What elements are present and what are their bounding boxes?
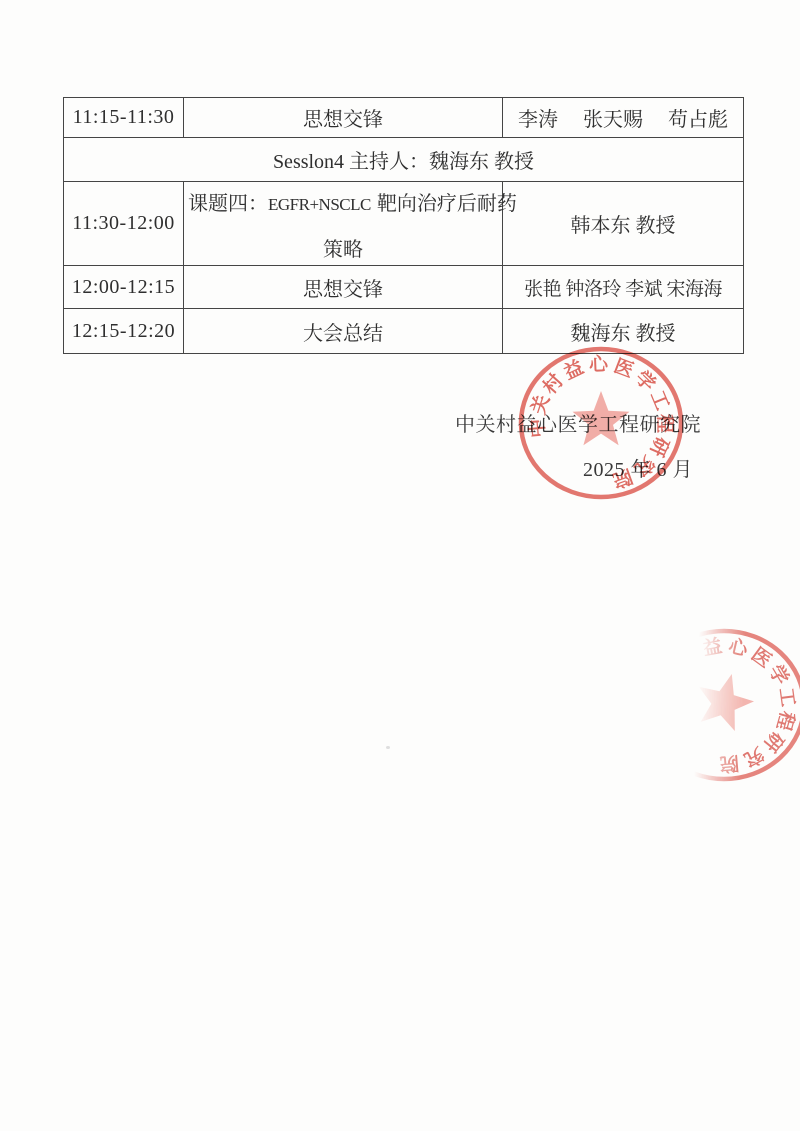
svg-text:心: 心 — [589, 353, 610, 376]
speaker-cell: 张艳 钟洛玲 李斌 宋海海 — [503, 266, 744, 309]
svg-text:医: 医 — [611, 355, 637, 382]
svg-text:关: 关 — [656, 658, 686, 687]
topic-suffix: 靶向治疗后耐药 — [377, 193, 517, 215]
session-header-cell: Sesslon4 主持人：魏海东 教授 — [64, 138, 744, 182]
time-cell: 12:15-12:20 — [64, 309, 184, 354]
issue-date: 2025 年 6 月 — [583, 453, 693, 482]
speaker-cell: 韩本东 教授 — [503, 182, 744, 266]
speaker-cell: 李涛 张天赐 苟占彪 — [503, 98, 744, 138]
topic-cell: 大会总结 — [184, 309, 503, 354]
topic-cell: 课题四：EGFR+NSCLC靶向治疗后耐药 策略 — [184, 182, 503, 266]
topic-line-1: 课题四：EGFR+NSCLC靶向治疗后耐药 — [188, 187, 498, 216]
table-row: 12:00-12:15 思想交锋 张艳 钟洛玲 李斌 宋海海 — [64, 266, 744, 309]
table-row: Sesslon4 主持人：魏海东 教授 — [64, 138, 744, 182]
table-row: 11:15-11:30 思想交锋 李涛 张天赐 苟占彪 — [64, 98, 744, 138]
document-page: 11:15-11:30 思想交锋 李涛 张天赐 苟占彪 Sesslon4 主持人… — [0, 0, 800, 1131]
svg-text:院: 院 — [719, 752, 740, 777]
svg-text:学: 学 — [764, 661, 793, 689]
svg-text:程: 程 — [772, 709, 799, 734]
time-cell: 11:30-12:00 — [64, 182, 184, 266]
speaker-cell: 魏海东 教授 — [503, 309, 744, 354]
svg-text:益: 益 — [701, 634, 724, 660]
schedule-table: 11:15-11:30 思想交锋 李涛 张天赐 苟占彪 Sesslon4 主持人… — [63, 97, 744, 354]
table-row: 12:15-12:20 大会总结 魏海东 教授 — [64, 309, 744, 354]
table-row: 11:30-12:00 课题四：EGFR+NSCLC靶向治疗后耐药 策略 韩本东… — [64, 182, 744, 266]
topic-cell: 思想交锋 — [184, 266, 503, 309]
topic-prefix: 课题四： — [188, 193, 268, 215]
paper-speck — [386, 746, 390, 749]
svg-text:心: 心 — [726, 635, 750, 661]
topic-line-2: 策略 — [188, 233, 498, 262]
svg-text:村: 村 — [538, 369, 568, 398]
svg-text:益: 益 — [560, 355, 587, 384]
svg-text:学: 学 — [631, 366, 661, 396]
svg-text:研: 研 — [759, 727, 788, 756]
svg-text:医: 医 — [747, 643, 775, 672]
svg-text:中: 中 — [648, 683, 674, 706]
topic-cell: 思想交锋 — [184, 98, 503, 138]
topic-latin: EGFR+NSCLC — [268, 195, 371, 214]
time-cell: 11:15-11:30 — [64, 98, 184, 138]
time-cell: 12:00-12:15 — [64, 266, 184, 309]
svg-text:工: 工 — [775, 686, 798, 708]
organization-name: 中关村益心医学工程研究院 — [455, 408, 701, 437]
svg-text:究: 究 — [740, 742, 768, 771]
partial-official-seal-icon: 中关村益心医学工程研究院 — [629, 610, 800, 800]
svg-text:村: 村 — [674, 641, 703, 671]
